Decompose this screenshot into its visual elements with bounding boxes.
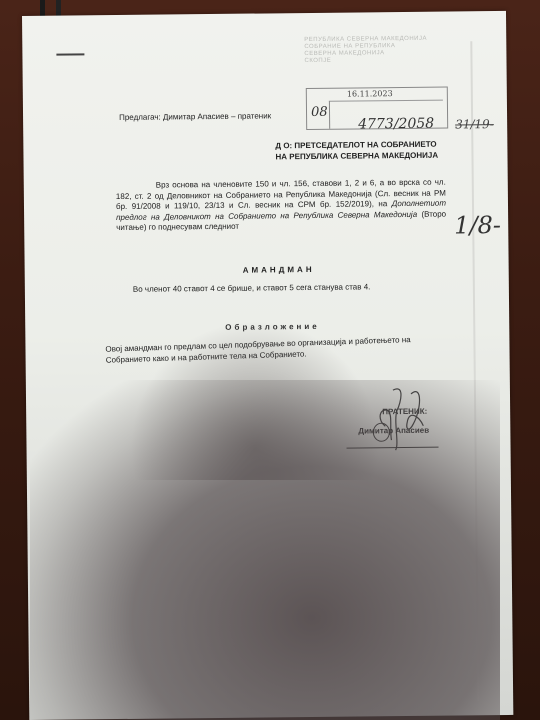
- registry-stamp-header: РЕПУБЛИКА СЕВЕРНА МАКЕДОНИЈА СОБРАНИЕ НА…: [304, 36, 449, 66]
- amendment-text: Во членот 40 ставот 4 се брише, и ставот…: [133, 282, 371, 293]
- stamp-org-unit: 08: [311, 105, 328, 120]
- intro-paragraph: Врз основа на членовите 150 и чл. 156, с…: [116, 178, 447, 234]
- handwritten-note-side: 1/8-: [454, 211, 501, 239]
- explanation-text: Овој амандман го предлам со цел подобрув…: [105, 333, 446, 366]
- handwritten-note-top: 31/19-: [455, 117, 494, 131]
- signature-line: [347, 447, 439, 449]
- stamp-registry-number: 4773/2058: [358, 116, 434, 133]
- registry-stamp: 16.11.2023 4773/2058 08: [306, 87, 448, 130]
- explanation-title: Образложение: [225, 322, 320, 332]
- stamp-date: 16.11.2023: [347, 89, 393, 98]
- amendment-title: АМАНДМАН: [243, 265, 315, 275]
- document-page: РЕПУБЛИКА СЕВЕРНА МАКЕДОНИЈА СОБРАНИЕ НА…: [22, 11, 513, 720]
- proposer-line: Предлагач: Димитар Апасиев – пратеник: [119, 111, 271, 122]
- stamp-header-line: СКОПЈЕ: [304, 57, 449, 66]
- page-mark: [56, 53, 84, 55]
- stamp-inner-box: 4773/2058: [329, 100, 443, 129]
- addressee-line-2: НА РЕПУБЛИКА СЕВЕРНА МАКЕДОНИЈА: [275, 150, 438, 163]
- signer-role: ПРАТЕНИК:: [382, 407, 427, 416]
- signer-name: Димитар Апасиев: [358, 426, 429, 436]
- addressee-block: Д О: ПРЕТСЕДАТЕЛОТ НА СОБРАНИЕТО НА РЕПУ…: [275, 139, 438, 163]
- paper-fold-edge: [470, 41, 479, 701]
